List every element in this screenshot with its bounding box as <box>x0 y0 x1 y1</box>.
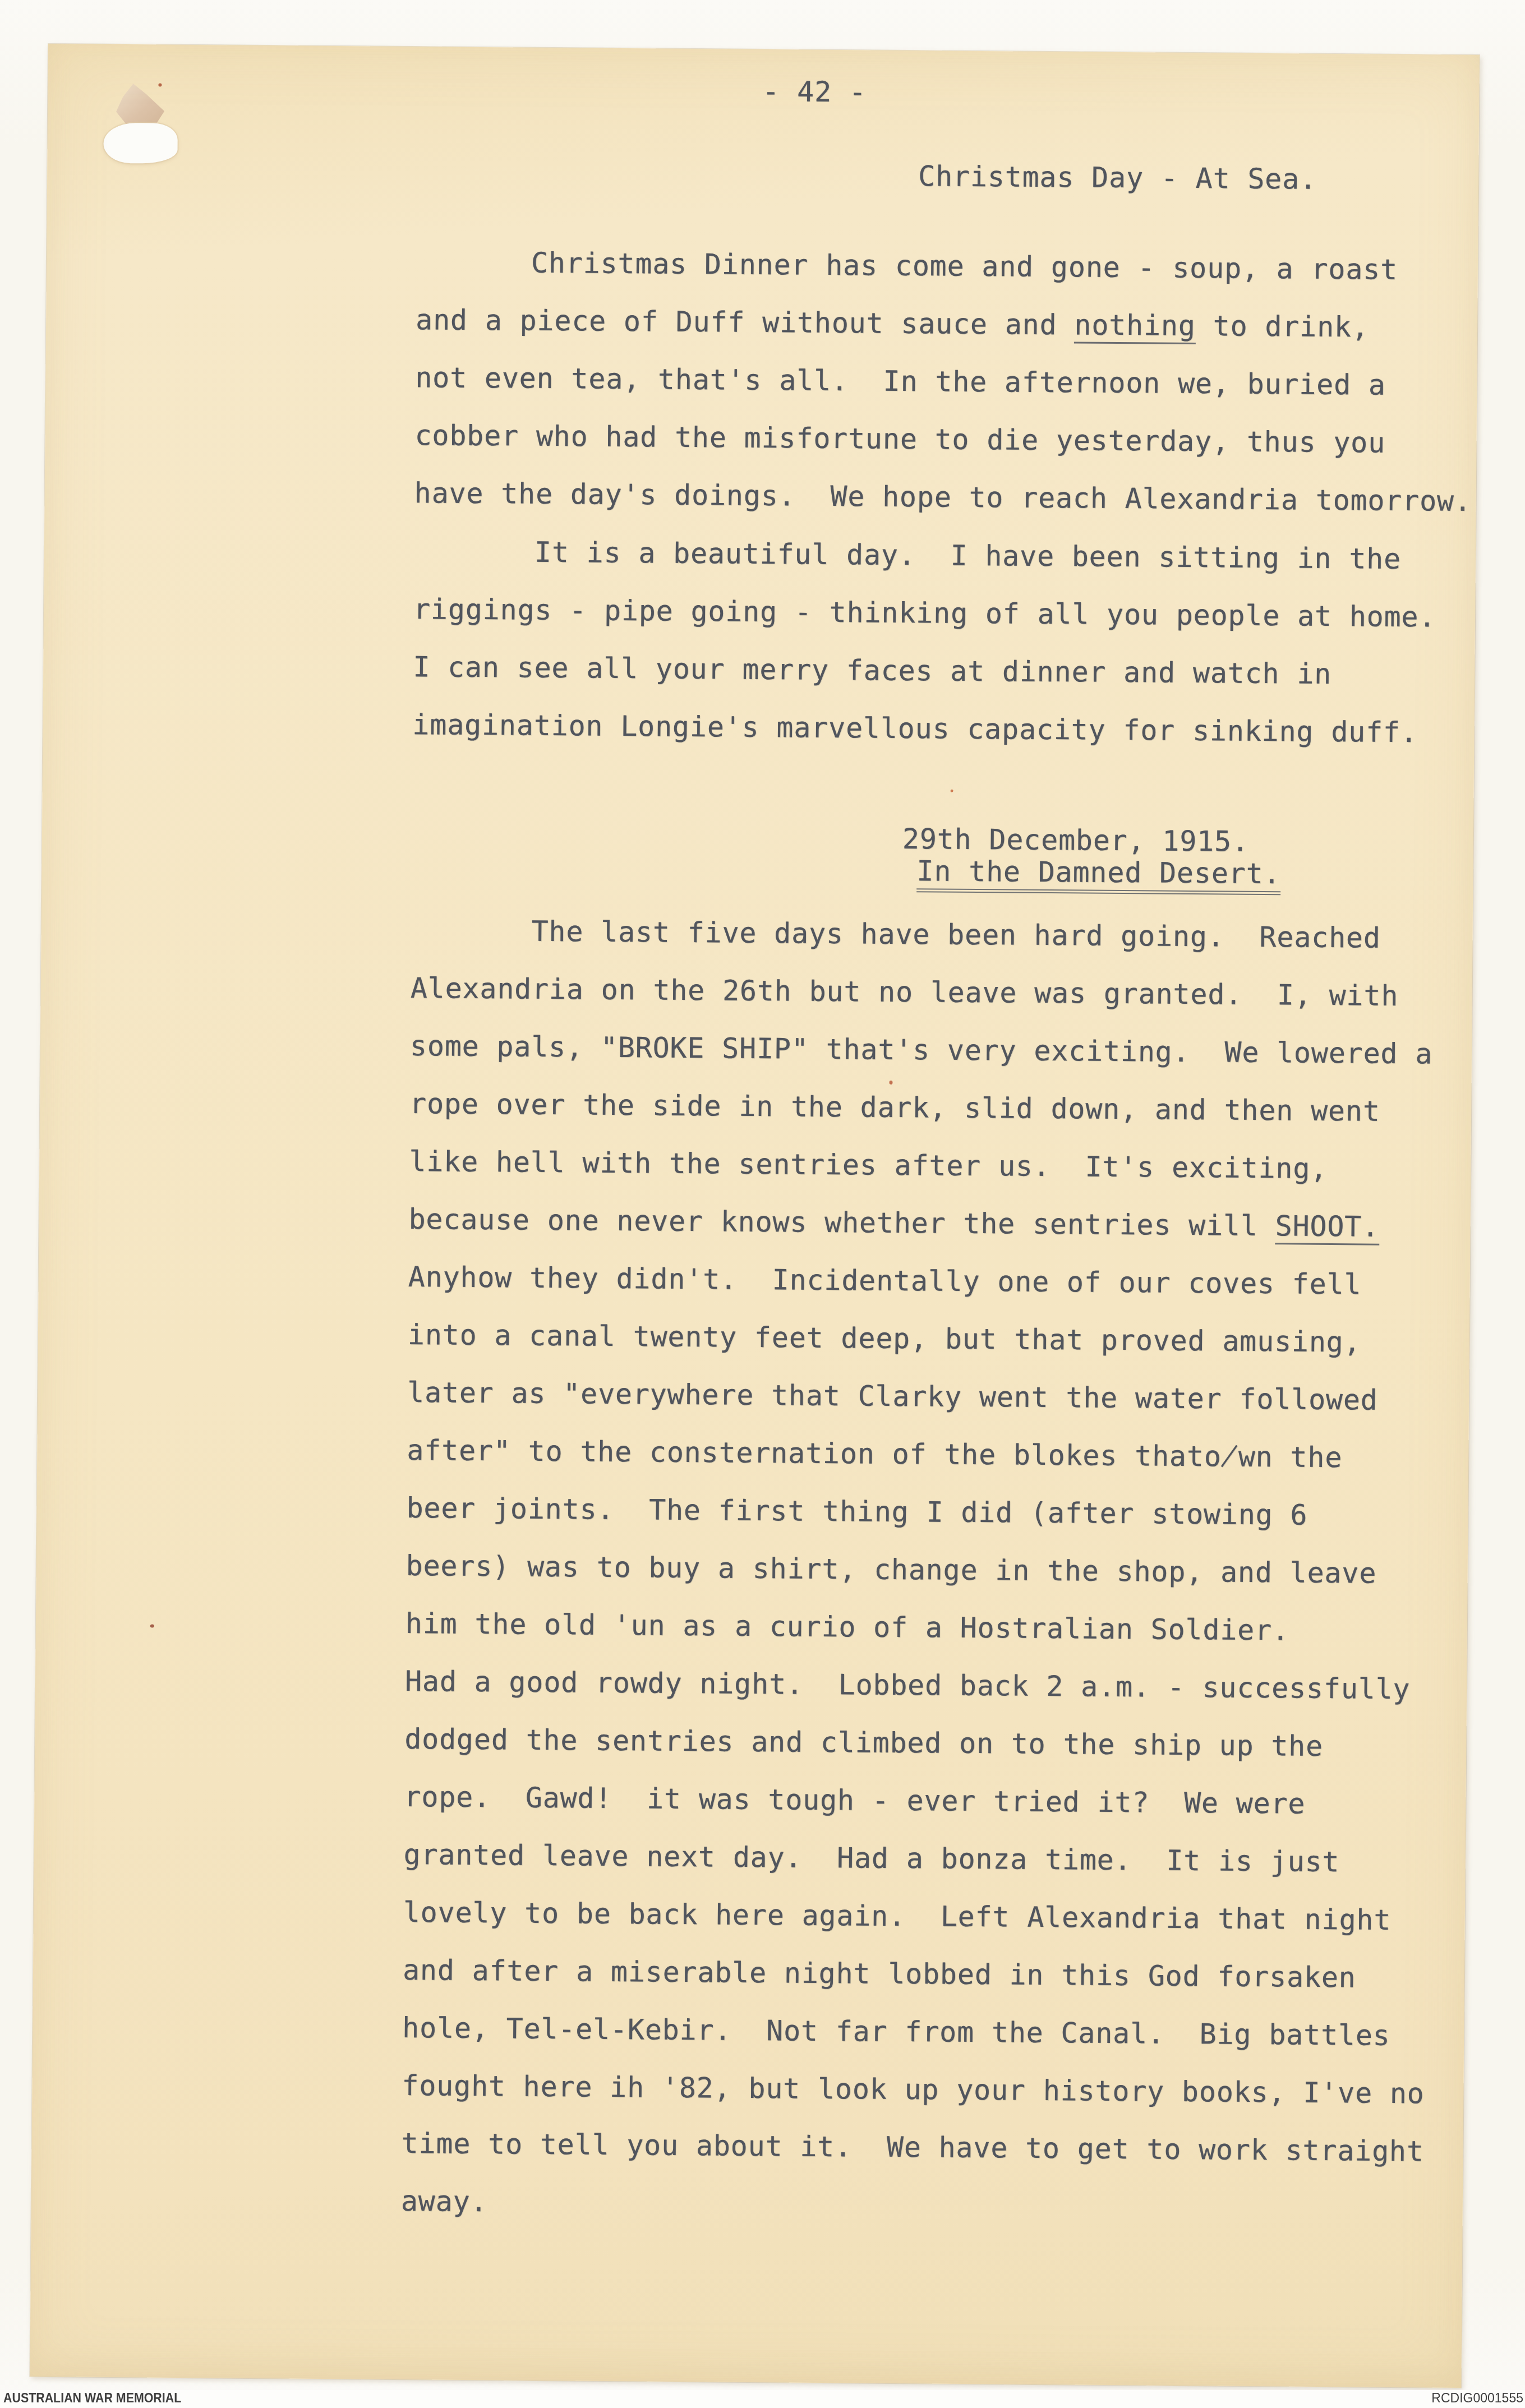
typed-line: rope. Gawd! it was tough - ever tried it… <box>404 1768 1427 1834</box>
typed-line: after" to the consternation of the bloke… <box>407 1422 1430 1487</box>
typed-line: later as "everywhere that Clarky went th… <box>407 1364 1430 1429</box>
typed-line: Alexandria on the 26th but no leave was … <box>410 959 1433 1025</box>
typed-line: dodged the sentries and climbed on to th… <box>404 1710 1427 1776</box>
typed-line: beers) was to buy a shirt, change in the… <box>406 1537 1429 1603</box>
typed-line: and after a miserable night lobbed in th… <box>403 1941 1426 2007</box>
typed-line: and a piece of Duff without sauce and no… <box>416 291 1473 357</box>
underlined-text: In the Damned Desert. <box>916 855 1280 895</box>
footer-strip <box>0 2390 1525 2408</box>
typed-line: riggings - pipe going - thinking of all … <box>413 580 1436 646</box>
typed-line: hole, Tel-el-Kebir. Not far from the Can… <box>402 1999 1425 2065</box>
ink-speck <box>951 790 953 792</box>
page-number: - 42 - <box>762 75 867 109</box>
underlined-text: nothing <box>1074 308 1196 344</box>
typed-line: Had a good rowdy night. Lobbed back 2 a.… <box>405 1653 1428 1718</box>
typed-line: like hell with the sentries after us. It… <box>409 1133 1432 1198</box>
document-id-label: RCDIG0001555 <box>1431 2391 1523 2406</box>
paper-sheet: - 42 - Christmas Day - At Sea. Christmas… <box>30 44 1480 2388</box>
ink-speck <box>150 1625 154 1628</box>
typed-line: The last five days have been hard going.… <box>411 902 1434 967</box>
typed-line: into a canal twenty feet deep, but that … <box>408 1306 1431 1372</box>
typed-line: because one never knows whether the sent… <box>408 1191 1431 1256</box>
paragraph-desert-entry: The last five days have been hard going.… <box>400 902 1434 2238</box>
underlined-text: SHOOT. <box>1275 1210 1379 1245</box>
entry-heading-christmas-day: Christmas Day - At Sea. <box>918 159 1317 196</box>
typed-line: Anyhow they didn't. Incidentally one of … <box>408 1248 1431 1314</box>
typed-line: Christmas Dinner has come and gone - sou… <box>416 233 1474 299</box>
typed-line: I can see all your merry faces at dinner… <box>413 638 1436 704</box>
typed-line: fought here ih '82, but look up your his… <box>402 2057 1425 2123</box>
entry-dateline-block: 29th December, 1915. In the Damned Deser… <box>902 823 1281 890</box>
ink-speck <box>158 84 162 87</box>
typed-line: cobber who had the misfortune to die yes… <box>414 407 1472 473</box>
archive-name-label: AUSTRALIAN WAR MEMORIAL <box>3 2391 181 2406</box>
typed-line: beer joints. The first thing I did (afte… <box>406 1479 1429 1545</box>
paragraph-christmas-dinner: Christmas Dinner has come and gone - sou… <box>414 233 1473 531</box>
typed-line: have the day's doings. We hope to reach … <box>414 464 1472 531</box>
entry-location: In the Damned Desert. <box>902 855 1280 890</box>
typed-line: him the old 'un as a curio of a Hostrali… <box>405 1595 1428 1660</box>
typed-line: lovely to be back here again. Left Alexa… <box>403 1884 1426 1949</box>
typed-line: away. <box>400 2172 1423 2238</box>
paragraph-beautiful-day: It is a beautiful day. I have been sitti… <box>412 523 1436 762</box>
typed-line: not even tea, that's all. In the afterno… <box>415 349 1473 415</box>
typed-line: time to tell you about it. We have to ge… <box>401 2115 1424 2180</box>
typed-line: It is a beautiful day. I have been sitti… <box>414 523 1437 588</box>
typed-line: some pals, "BROKE SHIP" that's very exci… <box>410 1017 1433 1083</box>
typed-line: imagination Longie's marvellous capacity… <box>412 696 1435 762</box>
scanned-diary-page: - 42 - Christmas Day - At Sea. Christmas… <box>0 0 1525 2408</box>
entry-date: 29th December, 1915. <box>902 823 1281 858</box>
typed-line: granted leave next day. Had a bonza time… <box>403 1826 1426 1892</box>
paper-tear-hole <box>103 123 178 164</box>
typed-line: rope over the side in the dark, slid dow… <box>409 1075 1432 1141</box>
